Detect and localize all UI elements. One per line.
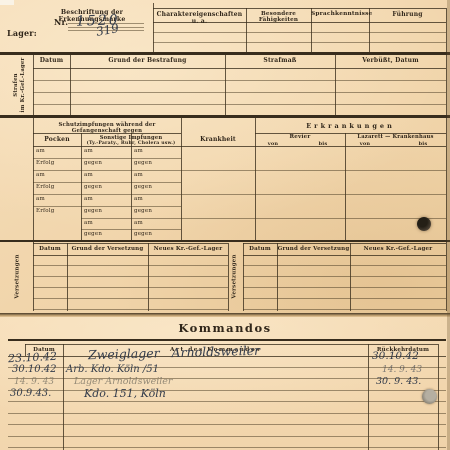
section-divider xyxy=(0,240,450,242)
revier-sub-von: von xyxy=(258,141,288,147)
table-line xyxy=(33,287,228,288)
impf-row-gegen: gegen xyxy=(84,160,102,166)
table-line xyxy=(243,265,446,266)
kommando-row-art: Lager Arnoldsweiler xyxy=(74,376,172,387)
table-line xyxy=(33,255,228,256)
impf-row-am: am xyxy=(84,220,93,226)
strafen-col-grund: Grund der Bestrafung xyxy=(70,57,225,64)
traits-col-faehigkeiten: Besondere Fähigkeiten xyxy=(246,11,311,23)
table-line xyxy=(67,243,68,311)
table-line xyxy=(33,309,228,310)
table-line xyxy=(153,8,446,9)
table-line xyxy=(131,133,132,240)
table-line xyxy=(148,243,149,311)
punch-hole xyxy=(422,389,437,404)
table-line xyxy=(345,133,346,240)
table-line xyxy=(228,243,229,311)
strafen-side-label: Strafen im Kr.-Gef.-Lager xyxy=(13,53,27,117)
impf-row-am: am xyxy=(134,172,143,178)
section-divider xyxy=(0,115,450,118)
kommandos-title: Kommandos xyxy=(0,321,450,335)
strafen-col-strafmass: Strafmaß xyxy=(225,57,335,64)
table-line xyxy=(33,158,181,159)
impf-row-gegen: gegen xyxy=(134,231,152,237)
impf-row-am: am xyxy=(134,196,143,202)
impf-row-gegen: gegen xyxy=(134,160,152,166)
kommando-row-datum: 30.9.43. xyxy=(10,388,51,399)
table-line xyxy=(33,68,446,69)
table-line xyxy=(243,243,446,244)
table-line xyxy=(63,344,64,450)
table-line xyxy=(33,170,446,171)
impfungen-col-sonstige-2: (Ty.-Paraty., Ruhr, Cholera usw.) xyxy=(81,141,181,146)
kommando-row-art: Kdo. 151, Köln xyxy=(84,387,166,400)
table-line xyxy=(33,104,446,105)
erkrankungen-col-revier: Revier xyxy=(255,134,345,140)
table-line xyxy=(243,255,446,256)
erkrankungen-col-krankheit: Krankheit xyxy=(181,136,255,143)
kommando-row-rueckkehr: 30. 9. 43. xyxy=(376,376,421,387)
impf-row-gegen: gegen xyxy=(84,184,102,190)
kommando-row-datum: 14. 9. 43 xyxy=(14,377,54,387)
traits-col-sprachen: Sprachkenntnisse xyxy=(311,11,369,17)
table-line xyxy=(243,276,446,277)
impf-row-erfolg: Erfolg xyxy=(36,184,54,190)
table-line xyxy=(243,287,446,288)
versetzungen-side-label-right: Versetzungen xyxy=(232,241,241,311)
impf-row-am: am xyxy=(134,220,143,226)
table-line xyxy=(8,436,446,437)
punch-hole xyxy=(417,217,431,231)
table-line xyxy=(8,447,446,448)
table-line xyxy=(438,344,439,450)
table-line xyxy=(81,229,181,230)
table-line xyxy=(33,298,228,299)
impf-row-gegen: gegen xyxy=(84,208,102,214)
table-line xyxy=(33,243,228,244)
kommando-row-rueckkehr: 14. 9. 43 xyxy=(382,365,422,375)
table-line xyxy=(33,206,181,207)
erkrankungen-title: Erkrankungen xyxy=(255,122,446,130)
strafen-side-line2: im Kr.-Gef.-Lager xyxy=(20,57,26,112)
table-line xyxy=(153,42,446,43)
lazarett-sub-von: von xyxy=(350,141,380,147)
table-line xyxy=(33,265,228,266)
impf-row-am: am xyxy=(84,196,93,202)
impf-row-am: am xyxy=(84,172,93,178)
impfungen-col-pocken: Pocken xyxy=(33,136,81,143)
table-line xyxy=(8,401,446,402)
impf-row-am: am xyxy=(36,196,45,202)
table-line xyxy=(368,344,369,450)
impf-row-am: am xyxy=(36,172,45,178)
impfungen-title: Schutzimpfungen während der Gefangenscha… xyxy=(34,122,180,134)
scanned-pow-record-card: Beschriftung der Erkennungsmarke Nr. 152… xyxy=(0,0,450,450)
traits-col-fuehrung: Führung xyxy=(369,11,446,18)
versetzungen-right-col-datum: Datum xyxy=(243,246,277,252)
table-line xyxy=(243,309,446,310)
table-line xyxy=(243,243,244,311)
table-line xyxy=(8,390,446,391)
table-line xyxy=(81,218,446,219)
versetzungen-left-col-datum: Datum xyxy=(33,246,67,252)
impf-row-am: am xyxy=(36,148,45,154)
lazarett-sub-bis: bis xyxy=(408,141,438,147)
impf-row-gegen: gegen xyxy=(134,184,152,190)
traits-col-charakter: Charaktereigenschaften u. a. xyxy=(154,11,245,25)
impf-row-erfolg: Erfolg xyxy=(36,208,54,214)
nr-label: Nr. xyxy=(54,17,68,27)
kommando-row-datum: 30.10.42 xyxy=(12,364,57,375)
impf-row-gegen: gegen xyxy=(134,208,152,214)
versetzungen-left-col-grund: Grund der Versetzung xyxy=(67,246,148,252)
kommando-row-rueckkehr: 30.10.42 xyxy=(372,350,419,362)
table-line xyxy=(81,133,82,240)
scan-edge-artifact xyxy=(0,0,14,5)
versetzungen-right-col-neues-lager: Neues Kr.-Gef.-Lager xyxy=(350,246,446,252)
versetzungen-left-col-neues-lager: Neues Kr.-Gef.-Lager xyxy=(148,246,228,252)
table-line xyxy=(153,32,446,33)
strafen-side-line1: Strafen xyxy=(13,73,19,96)
erkrankungen-col-lazarett: Lazarett — Krankenhaus xyxy=(345,134,446,140)
table-line xyxy=(33,182,181,183)
impf-row-am: am xyxy=(84,148,93,154)
strafen-col-datum: Datum xyxy=(33,57,70,64)
table-line xyxy=(33,276,228,277)
kommando-row-datum: 23.10.42 xyxy=(8,350,58,366)
impf-row-am: am xyxy=(134,148,143,154)
impf-row-gegen: gegen xyxy=(84,231,102,237)
table-line xyxy=(277,243,278,311)
table-line xyxy=(243,298,446,299)
table-line xyxy=(33,146,446,147)
kommando-row-art: Arb. Kdo. Köln /51 xyxy=(66,364,159,375)
table-line xyxy=(350,243,351,311)
versetzungen-right-col-grund: Grund der Versetzung xyxy=(277,246,350,252)
table-line xyxy=(33,80,446,81)
title-underline xyxy=(8,339,446,342)
table-line xyxy=(33,92,446,93)
table-line xyxy=(33,194,446,195)
lager-label: Lager: xyxy=(7,28,37,38)
strafen-col-verbuesst: Verbüßt, Datum xyxy=(335,57,446,64)
table-line xyxy=(8,424,446,425)
versetzungen-side-label-left: Versetzungen xyxy=(15,241,24,311)
impf-row-erfolg: Erfolg xyxy=(36,160,54,166)
revier-sub-bis: bis xyxy=(308,141,338,147)
table-line xyxy=(8,413,446,414)
